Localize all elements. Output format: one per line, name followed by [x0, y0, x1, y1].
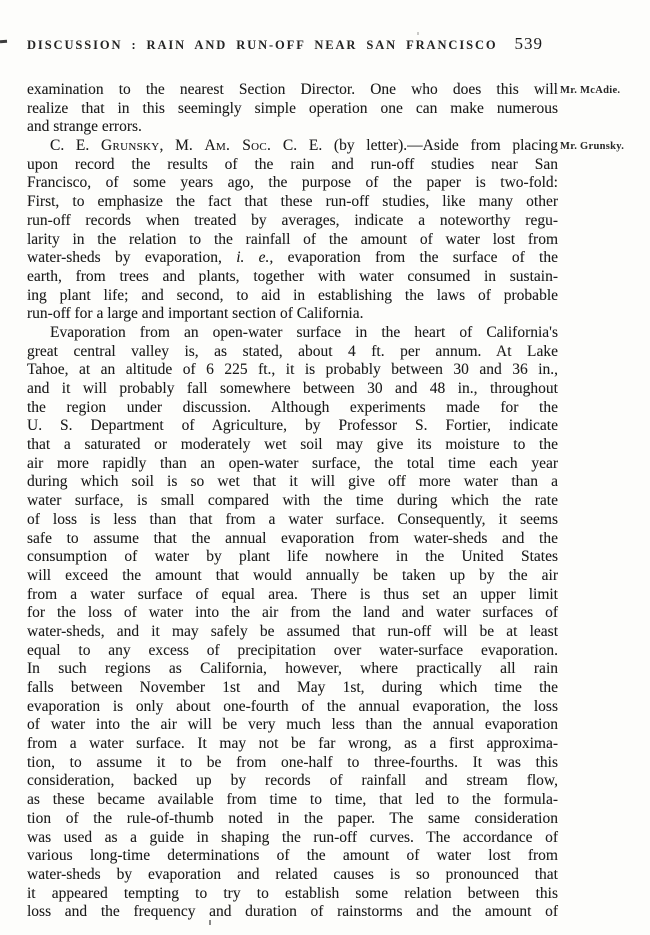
text-line: First, to emphasize the fact that these … — [27, 193, 558, 212]
text-line: from a water surface. It may not be far … — [27, 735, 558, 754]
text-line: from a water surface of equal area. Ther… — [27, 586, 558, 605]
margin-note-grunsky: Mr. Grunsky. — [560, 141, 646, 152]
scan-artifact-left-tick — [0, 40, 7, 43]
text-line: U. S. Department of Agriculture, by Prof… — [27, 417, 558, 436]
text-line: C. E. Grunsky, M. Am. Soc. C. E. (by let… — [27, 137, 558, 156]
text-line: air more rapidly than an open-water surf… — [27, 455, 558, 474]
text-line: consumption of water by plant life nowhe… — [27, 548, 558, 567]
text-line: the region under discussion. Although ex… — [27, 399, 558, 418]
text-line: Francisco, of some years ago, the purpos… — [27, 174, 558, 193]
text-line: run-off records when treated by averages… — [27, 212, 558, 231]
text-line: examination to the nearest Section Direc… — [27, 81, 558, 100]
text-line: of loss is less than that from a water s… — [27, 511, 558, 530]
body-text: examination to the nearest Section Direc… — [27, 81, 558, 922]
text-line: Evaporation from an open-water surface i… — [27, 324, 558, 343]
text-line: In such regions as California, however, … — [27, 660, 558, 679]
paragraph: C. E. Grunsky, M. Am. Soc. C. E. (by let… — [27, 137, 558, 324]
paragraph: examination to the nearest Section Direc… — [27, 81, 558, 137]
text-line: was used as a guide in shaping the run-o… — [27, 829, 558, 848]
text-line: will exceed the amount that would annual… — [27, 567, 558, 586]
text-line: ing plant life; and second, to aid in es… — [27, 287, 558, 306]
text-line: for the loss of water into the air from … — [27, 604, 558, 623]
page-number: 539 — [515, 34, 544, 53]
scan-artifact-bottom-speck — [209, 920, 211, 925]
text-line: safe to assume that the annual evaporati… — [27, 530, 558, 549]
text-line: that a saturated or moderately wet soil … — [27, 436, 558, 455]
text-line: equal to any excess of precipitation ove… — [27, 642, 558, 661]
paragraph: Evaporation from an open-water surface i… — [27, 324, 558, 922]
running-header: DISCUSSION : RAIN AND RUN-OFF NEAR SAN F… — [27, 35, 558, 54]
scanned-page: DISCUSSION : RAIN AND RUN-OFF NEAR SAN F… — [0, 0, 650, 935]
text-line: water-sheds by evaporation, i. e., evapo… — [27, 249, 558, 268]
text-line: various long-time determinations of the … — [27, 847, 558, 866]
text-line: water surface, is small compared with th… — [27, 492, 558, 511]
running-title: DISCUSSION : RAIN AND RUN-OFF NEAR SAN F… — [27, 38, 498, 52]
margin-note-mcadie: Mr. McAdie. — [560, 85, 646, 96]
text-line: water-sheds, and it may safely be assume… — [27, 623, 558, 642]
text-line: realize that in this seemingly simple op… — [27, 100, 558, 119]
text-line: as these became available from time to t… — [27, 791, 558, 810]
text-line: water-sheds by evaporation and related c… — [27, 866, 558, 885]
text-line: and it will probably fall somewhere betw… — [27, 380, 558, 399]
text-line: consideration, backed up by records of r… — [27, 772, 558, 791]
text-line: tion, to assume it to be from one-half t… — [27, 754, 558, 773]
text-line: Tahoe, at an altitude of 6 225 ft., it i… — [27, 361, 558, 380]
text-line: and strange errors. — [27, 118, 558, 137]
text-line: run-off for a large and important sectio… — [27, 305, 558, 324]
text-line: upon record the results of the rain and … — [27, 156, 558, 175]
text-line: of water into the air will be very much … — [27, 716, 558, 735]
text-line: larity in the relation to the rainfall o… — [27, 231, 558, 250]
text-line: great central valley is, as stated, abou… — [27, 343, 558, 362]
text-line: loss and the frequency and duration of r… — [27, 903, 558, 922]
text-line: it appeared tempting to try to establish… — [27, 885, 558, 904]
text-line: tion of the rule-of-thumb noted in the p… — [27, 810, 558, 829]
text-line: evaporation is only about one-fourth of … — [27, 698, 558, 717]
text-line: during which soil is so wet that it will… — [27, 473, 558, 492]
text-line: earth, from trees and plants, together w… — [27, 268, 558, 287]
text-line: falls between November 1st and May 1st, … — [27, 679, 558, 698]
scan-artifact-top-speck — [417, 32, 419, 35]
